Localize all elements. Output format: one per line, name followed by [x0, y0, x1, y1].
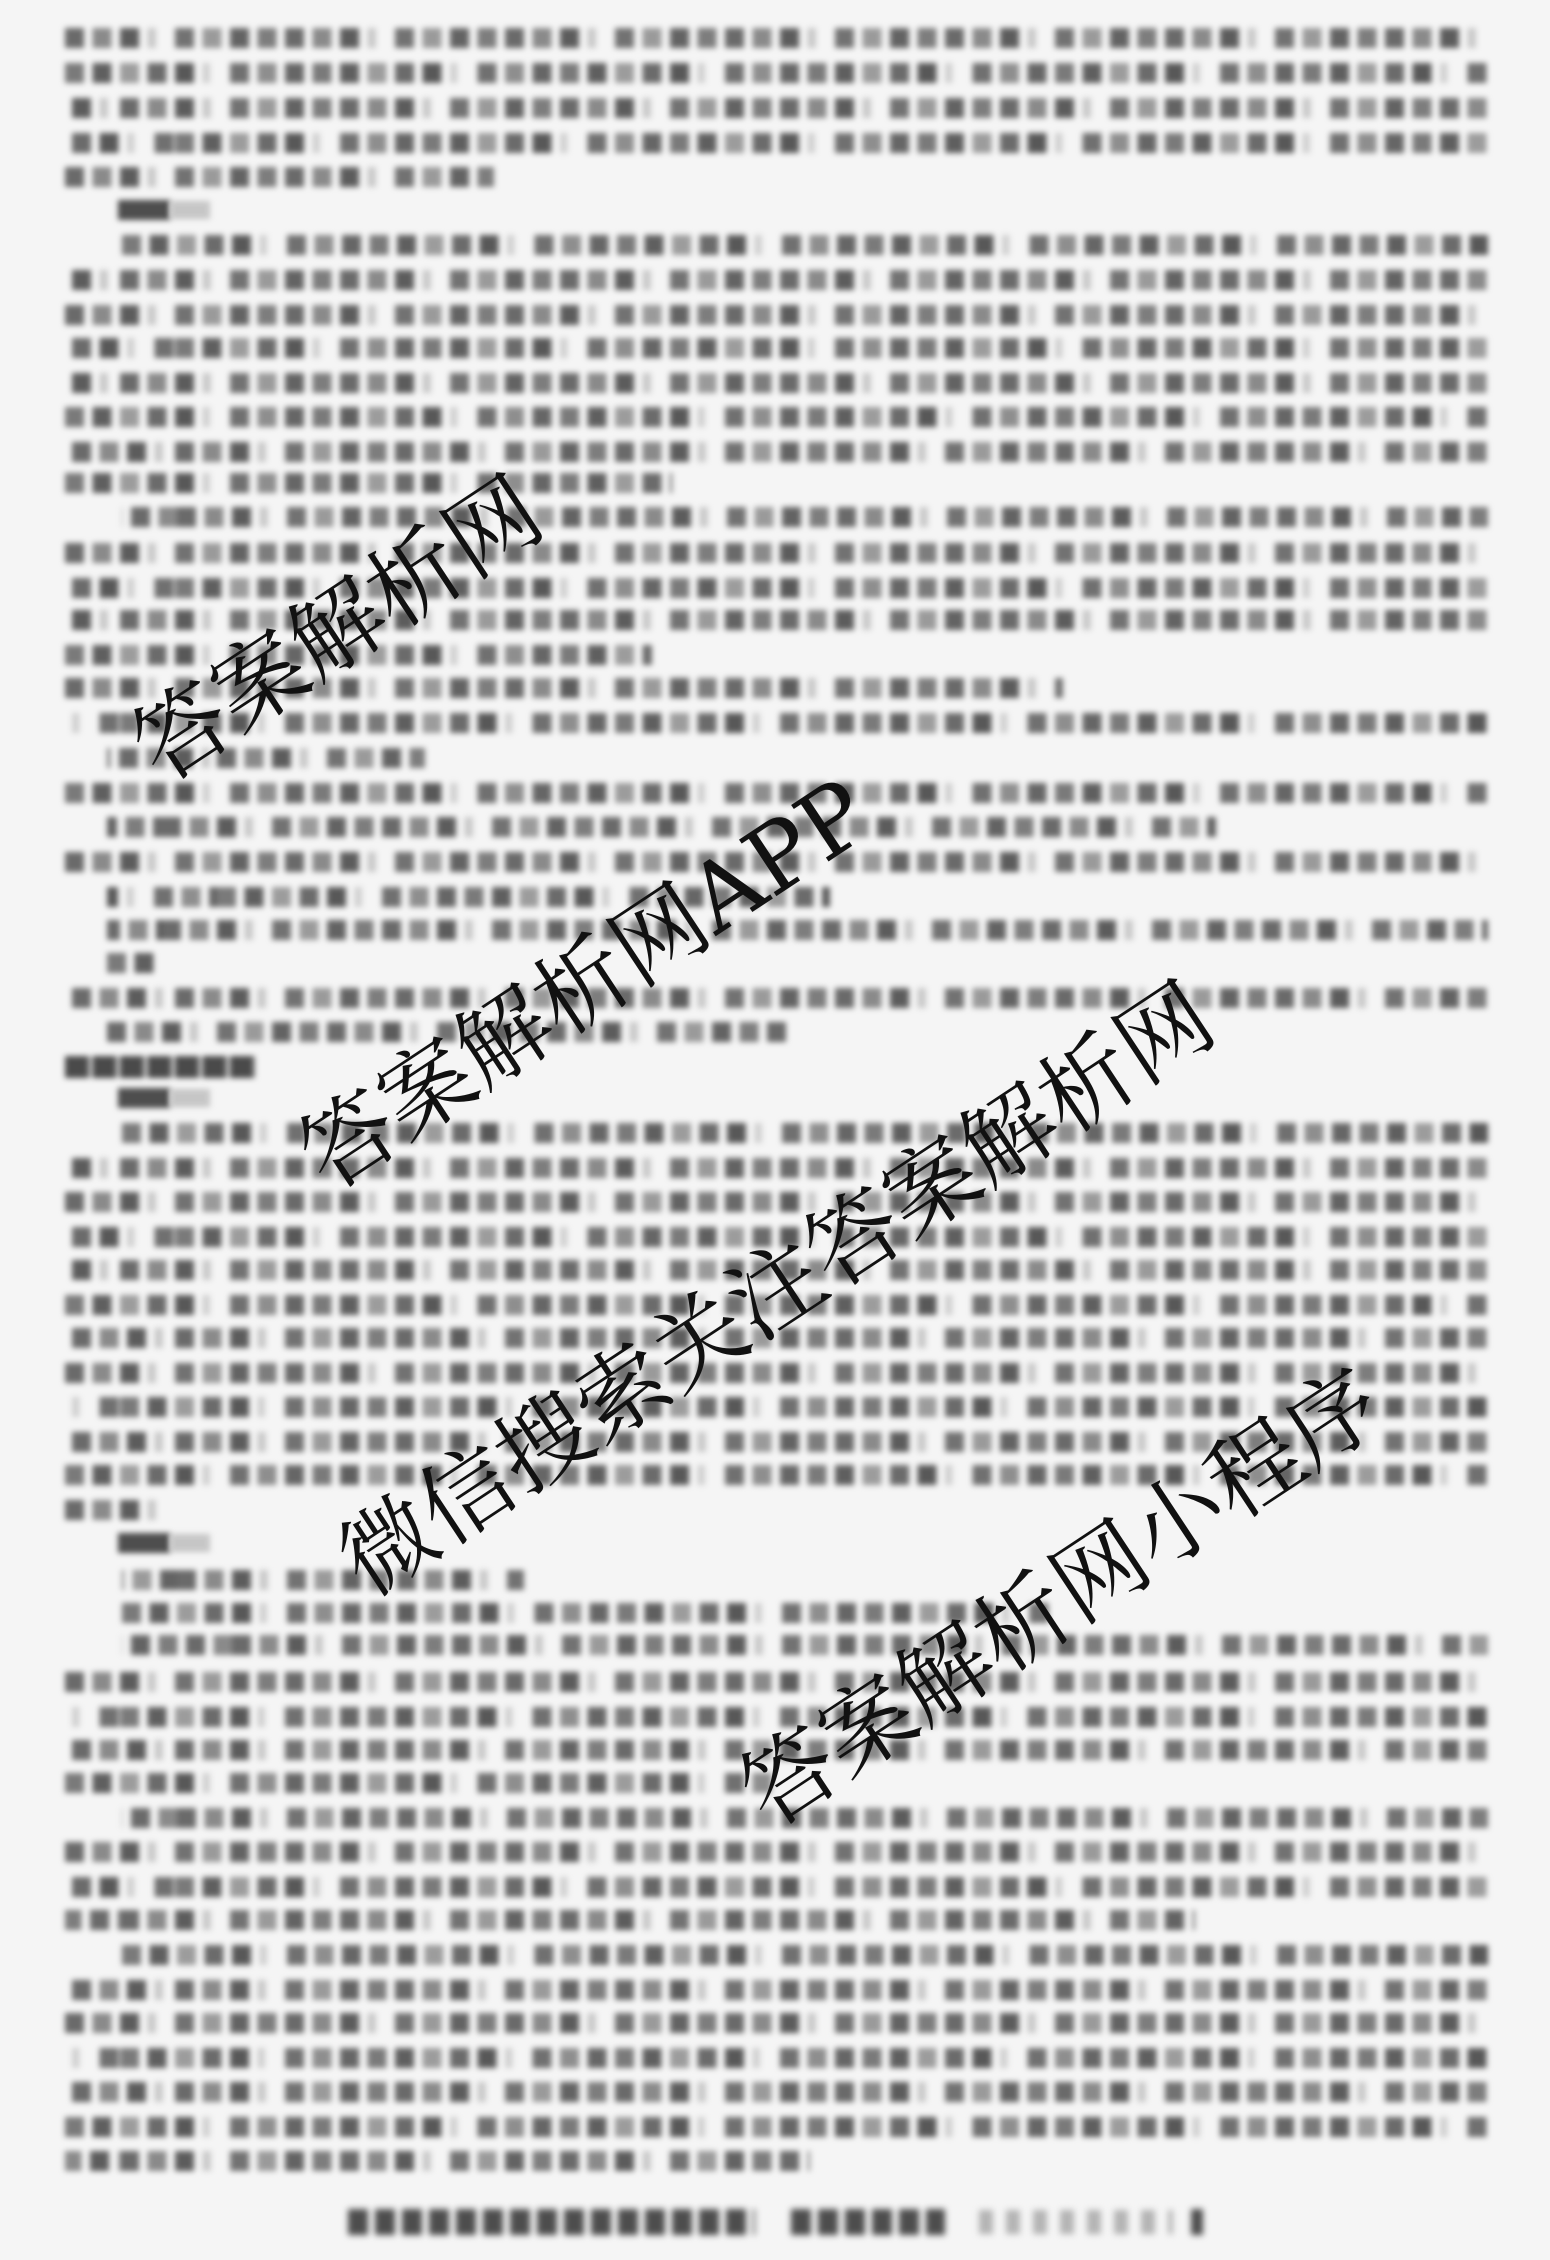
numbered-item-continuation — [107, 817, 1216, 837]
numbered-item-continuation — [107, 920, 1488, 940]
blurred-text-line — [122, 507, 1488, 527]
section-heading — [65, 1056, 257, 1078]
blurred-text-line — [65, 442, 1488, 462]
blurred-text-line — [65, 1500, 168, 1520]
blurred-text-line — [122, 1603, 1050, 1623]
document-page: 答案解析网 答案解析网APP 微信搜索关注答案解析网 答案解析网小程序 — [0, 0, 1550, 2260]
blurred-text-line — [65, 1842, 1488, 1862]
blurred-text-line — [65, 1672, 1488, 1692]
blurred-text-line — [65, 305, 1488, 325]
blurred-text-line — [65, 543, 1488, 563]
blurred-text-line — [65, 98, 1488, 118]
section-label-bold — [118, 200, 170, 220]
blurred-text-line — [65, 1363, 1488, 1383]
section-label-suffix — [170, 1089, 210, 1107]
blurred-text-line — [65, 2013, 1488, 2033]
blurred-text-line — [65, 63, 1488, 83]
numbered-item-line — [65, 988, 1488, 1008]
blurred-text-line — [65, 28, 1488, 48]
blurred-text-line — [122, 1945, 1488, 1965]
blurred-text-line — [65, 2151, 810, 2171]
numbered-item-continuation — [107, 953, 162, 973]
blurred-text-line — [65, 373, 1488, 393]
blurred-text-line — [122, 235, 1488, 255]
blurred-text-line — [65, 1773, 780, 1793]
watermark-text: 答案解析网小程序 — [726, 1354, 1398, 1842]
blurred-text-line — [65, 2048, 1488, 2068]
blurred-text-line — [65, 1910, 1195, 1930]
footer-title-block — [348, 2209, 755, 2235]
footer-page-number — [979, 2210, 1173, 2234]
section-label-suffix — [170, 1534, 210, 1552]
blurred-text-line — [65, 1192, 1488, 1212]
blurred-text-line — [65, 2082, 1488, 2102]
blurred-text-line — [65, 473, 672, 493]
blurred-text-line — [65, 1877, 1488, 1897]
footer-subtitle-block — [791, 2209, 945, 2235]
blurred-text-line — [122, 1635, 1488, 1655]
section-label-bold — [118, 1088, 170, 1108]
blurred-text-line — [65, 578, 1488, 598]
blurred-text-line — [65, 338, 1488, 358]
blurred-text-line — [65, 407, 1488, 427]
blurred-text-line — [65, 167, 494, 187]
section-label-bold — [118, 1533, 170, 1553]
blurred-text-line — [122, 1570, 524, 1590]
footer-closing-bracket — [1191, 2209, 1203, 2235]
blurred-text-line — [65, 270, 1488, 290]
blurred-text-line — [65, 2117, 1488, 2137]
blurred-text-line — [65, 133, 1488, 153]
blurred-text-line — [65, 1158, 1488, 1178]
section-label-suffix — [170, 201, 210, 219]
blurred-text-line — [65, 1980, 1488, 2000]
